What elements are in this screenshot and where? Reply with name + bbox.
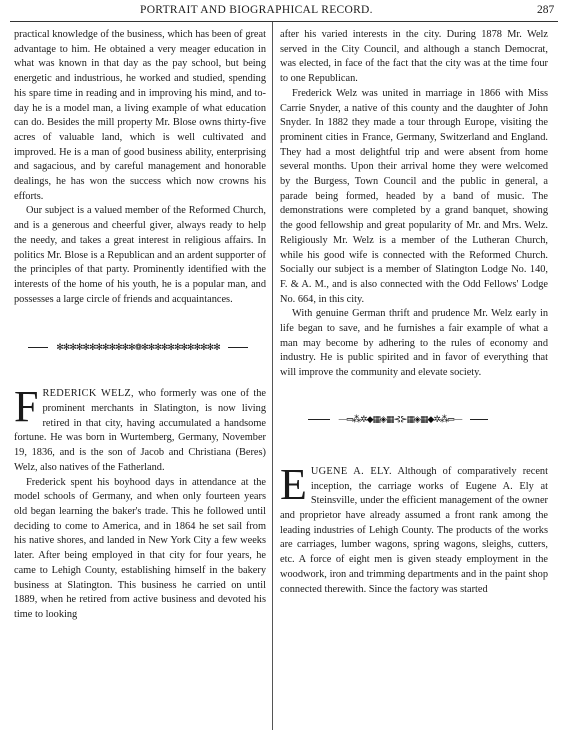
dropcap-f: F: [14, 389, 38, 425]
welz-paragraph-3: after his varied interests in the city. …: [280, 28, 548, 87]
welz-paragraph-1-text: who formerly was one of the prominent me…: [14, 388, 266, 473]
page-number: 287: [537, 4, 554, 16]
welz-paragraph-5: With genuine German thrift and prudence …: [280, 307, 548, 381]
welz-paragraph-1: FREDERICK WELZ, who formerly was one of …: [14, 387, 266, 475]
ely-paragraph-1: EUGENE A. ELY. Although of comparatively…: [280, 465, 548, 597]
welz-paragraph-4: Frederick Welz was united in marriage in…: [280, 87, 548, 308]
ely-paragraph-1-text: Although of comparatively recent incepti…: [280, 466, 548, 595]
column-divider: [272, 22, 273, 730]
header-rule: [10, 21, 558, 22]
welz-lead-name: REDERICK WELZ,: [42, 388, 133, 399]
blose-paragraph-2: Our subject is a valued member of the Re…: [14, 204, 266, 307]
left-column: practical knowledge of the business, whi…: [14, 28, 266, 623]
running-title: PORTRAIT AND BIOGRAPHICAL RECORD.: [140, 4, 373, 16]
running-header: PORTRAIT AND BIOGRAPHICAL RECORD. 287: [0, 0, 562, 24]
right-column: after his varied interests in the city. …: [280, 28, 548, 597]
ornament-band: —═⁂✲◆▦◈▦⊰⊱▦◈▦◆✲⁂═—: [330, 414, 470, 424]
section-ornament-2: —═⁂✲◆▦◈▦⊰⊱▦◈▦◆✲⁂═—: [280, 407, 548, 435]
section-ornament-1: ✻✻✻✻✻✻✻✻✻✻✻✻❁✻✻✻✻✻✻✻✻✻✻✻✻: [14, 335, 266, 363]
blose-paragraph-1: practical knowledge of the business, whi…: [14, 28, 266, 204]
ornament-band: ✻✻✻✻✻✻✻✻✻✻✻✻❁✻✻✻✻✻✻✻✻✻✻✻✻: [48, 342, 228, 352]
welz-paragraph-2: Frederick spent his boyhood days in atte…: [14, 476, 266, 623]
ely-lead-name: UGENE A. ELY.: [311, 466, 392, 477]
dropcap-e: E: [280, 467, 307, 503]
